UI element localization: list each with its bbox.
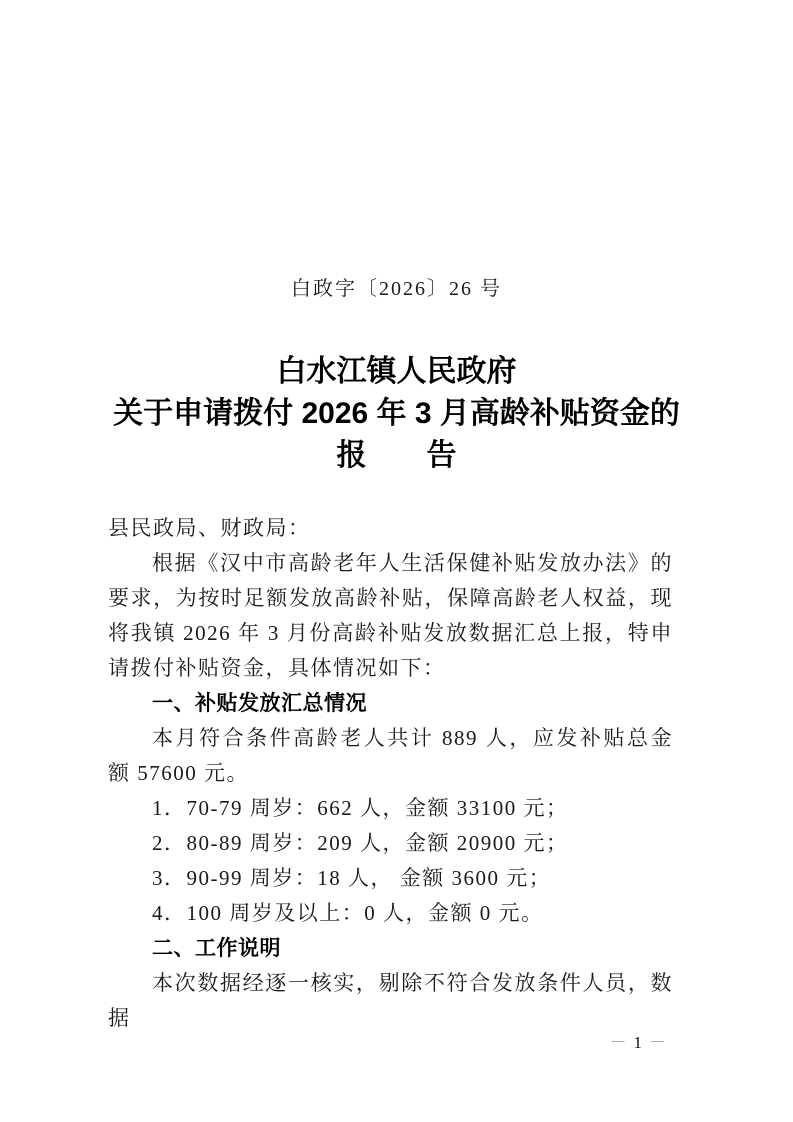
paragraph-intro: 根据《汉中市高龄老年人生活保健补贴发放办法》的要求，为按时足额发放高龄补贴，保障… <box>108 546 673 686</box>
page-footer: －1－ <box>108 1033 673 1053</box>
section-heading-2: 二、工作说明 <box>108 931 673 966</box>
document-page: 白政字〔2026〕26 号 白水江镇人民政府 关于申请拨付 2026 年 3 月… <box>0 0 793 1122</box>
list-item-age-80-89: 2．80-89 周岁：209 人，金额 20900 元； <box>108 826 673 861</box>
document-body: 县民政局、财政局： 根据《汉中市高龄老年人生活保健补贴发放办法》的要求，为按时足… <box>108 511 673 1036</box>
title-line-doctype: 报 告 <box>0 435 793 477</box>
list-item-age-70-79: 1．70-79 周岁：662 人，金额 33100 元； <box>108 791 673 826</box>
footer-dash-right: － <box>642 1033 673 1052</box>
title-line-issuer: 白水江镇人民政府 <box>0 351 793 393</box>
document-title: 白水江镇人民政府 关于申请拨付 2026 年 3 月高龄补贴资金的 报 告 <box>0 351 793 477</box>
paragraph-work-note: 本次数据经逐一核实，剔除不符合发放条件人员，数据 <box>108 966 673 1036</box>
footer-dash-left: － <box>603 1033 634 1052</box>
title-line-subject: 关于申请拨付 2026 年 3 月高龄补贴资金的 <box>0 393 793 435</box>
list-item-age-90-99: 3．90-99 周岁：18 人， 金额 3600 元； <box>108 861 673 896</box>
salutation: 县民政局、财政局： <box>108 511 673 546</box>
doc-reference-number: 白政字〔2026〕26 号 <box>0 277 793 301</box>
page-number: 1 <box>634 1033 643 1052</box>
paragraph-summary: 本月符合条件高龄老人共计 889 人，应发补贴总金额 57600 元。 <box>108 721 673 791</box>
list-item-age-100-plus: 4．100 周岁及以上：0 人，金额 0 元。 <box>108 896 673 931</box>
section-heading-1: 一、补贴发放汇总情况 <box>108 686 673 721</box>
